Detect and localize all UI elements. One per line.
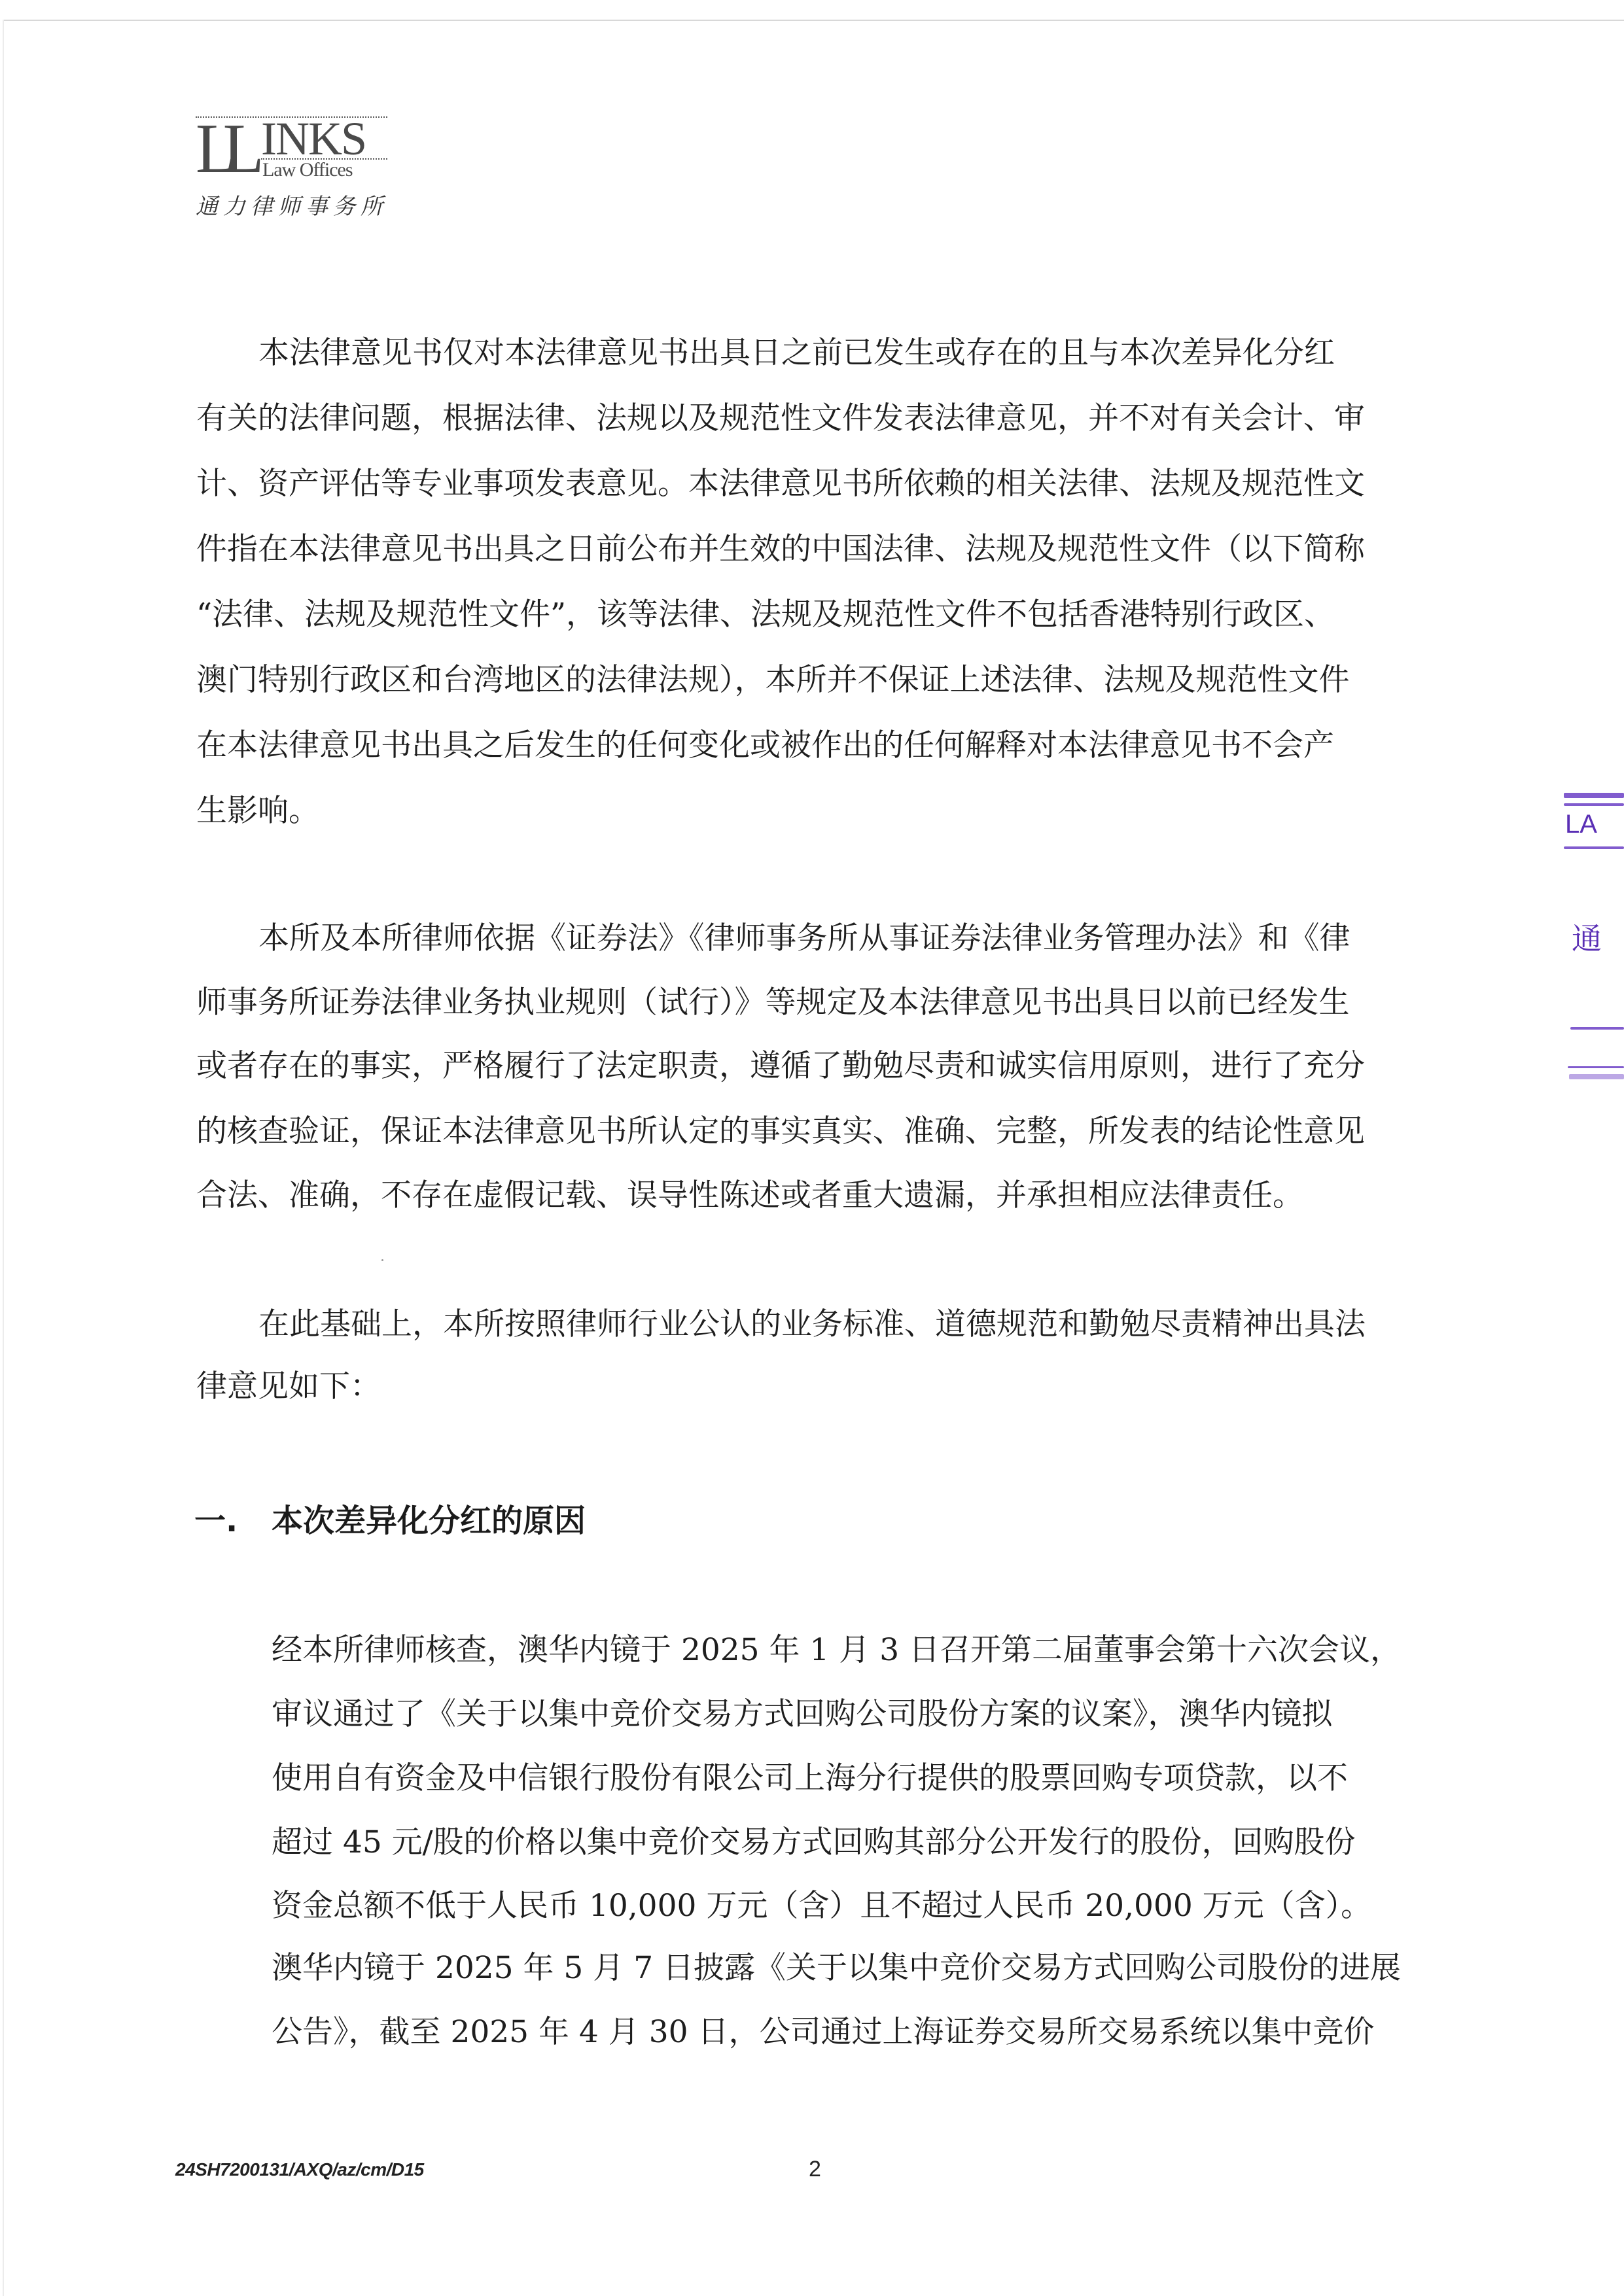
paragraph-line: 澳华内镜于 2025 年 5 月 7 日披露《关于以集中竞价交易方式回购公司股份… — [272, 1949, 1401, 1988]
stamp-border-stroke — [1570, 1027, 1624, 1030]
paragraph-line: 计、资产评估等专业事项发表意见。本法律意见书所依赖的相关法律、法规及规范性文 — [196, 464, 1365, 504]
firm-logo: LL INKS Law Offices 通力律师事务所 — [196, 116, 389, 221]
page-number: 2 — [809, 2156, 821, 2182]
paragraph-line: 的核查验证，保证本法律意见书所认定的事实真实、准确、完整，所发表的结论性意见 — [196, 1112, 1365, 1151]
paragraph-line: 合法、准确，不存在虚假记载、误导性陈述或者重大遗漏，并承担相应法律责任。 — [196, 1176, 1303, 1215]
paragraph-line: 经本所律师核查，澳华内镜于 2025 年 1 月 3 日召开第二届董事会第十六次… — [272, 1631, 1401, 1670]
stamp-chinese-text: 通 — [1572, 922, 1602, 955]
section-number: 一. — [194, 1501, 272, 1540]
scan-edge-left — [3, 20, 4, 2296]
paragraph-line: 使用自有资金及中信银行股份有限公司上海分行提供的股票回购专项贷款，以不 — [272, 1759, 1348, 1798]
logo-mark: LL — [196, 119, 251, 179]
paragraph-line: 律意见如下： — [196, 1367, 381, 1406]
paragraph-line: 件指在本法律意见书出具之日前公布并生效的中国法律、法规及规范性文件（以下简称 — [196, 530, 1365, 569]
seal-stamp-partial: LA 通 — [1562, 791, 1624, 1092]
paragraph-line: 本法律意见书仅对本法律意见书出具日之前已发生或存在的且与本次差异化分红 — [258, 334, 1335, 373]
paragraph-line: “法律、法规及规范性文件”，该等法律、法规及规范性文件不包括香港特别行政区、 — [196, 595, 1335, 635]
stamp-border-stroke — [1568, 1066, 1624, 1068]
stamp-border-stroke — [1564, 793, 1624, 798]
stamp-latin-text: LA — [1565, 811, 1597, 837]
paragraph-line: 在此基础上，本所按照律师行业公认的业务标准、道德规范和勤勉尽责精神出具法 — [258, 1305, 1366, 1344]
paragraph-line: 或者存在的事实，严格履行了法定职责，遵循了勤勉尽责和诚实信用原则，进行了充分 — [196, 1047, 1365, 1086]
logo-subtitle: Law Offices — [262, 161, 353, 179]
stamp-border-stroke — [1564, 846, 1624, 849]
paragraph-line: 超过 45 元/股的价格以集中竞价交易方式回购其部分公开发行的股份，回购股份 — [272, 1823, 1356, 1862]
logo-chinese-name: 通力律师事务所 — [196, 194, 388, 220]
logo-wordmark: INKS — [261, 119, 366, 158]
section-title: 本次差异化分红的原因 — [272, 1503, 586, 1539]
paragraph-line: 资金总额不低于人民币 10,000 万元（含）且不超过人民币 20,000 万元… — [272, 1887, 1371, 1926]
paragraph-line: 公告》，截至 2025 年 4 月 30 日，公司通过上海证券交易所交易系统以集… — [272, 2013, 1374, 2052]
scan-edge-top — [4, 20, 1624, 21]
paragraph-line: 本所及本所律师依据《证券法》《律师事务所从事证券法律业务管理办法》和《律 — [258, 919, 1350, 958]
stamp-border-stroke — [1569, 1074, 1624, 1079]
stamp-border-stroke — [1564, 803, 1624, 806]
paragraph-line: 在本法律意见书出具之后发生的任何变化或被作出的任何解释对本法律意见书不会产 — [196, 726, 1334, 765]
section-heading: 一.本次差异化分红的原因 — [194, 1501, 586, 1540]
scan-speck — [381, 1259, 383, 1261]
document-reference: 24SH7200131/AXQ/az/cm/D15 — [175, 2159, 424, 2181]
paragraph-line: 师事务所证券法律业务执业规则（试行）》等规定及本法律意见书出具日以前已经发生 — [196, 983, 1350, 1022]
paragraph-line: 审议通过了《关于以集中竞价交易方式回购公司股份方案的议案》，澳华内镜拟 — [272, 1695, 1333, 1734]
paragraph-line: 有关的法律问题，根据法律、法规以及规范性文件发表法律意见，并不对有关会计、审 — [196, 399, 1365, 438]
paragraph-line: 澳门特别行政区和台湾地区的法律法规），本所并不保证上述法律、法规及规范性文件 — [196, 661, 1350, 700]
paragraph-line: 生影响。 — [196, 791, 319, 831]
